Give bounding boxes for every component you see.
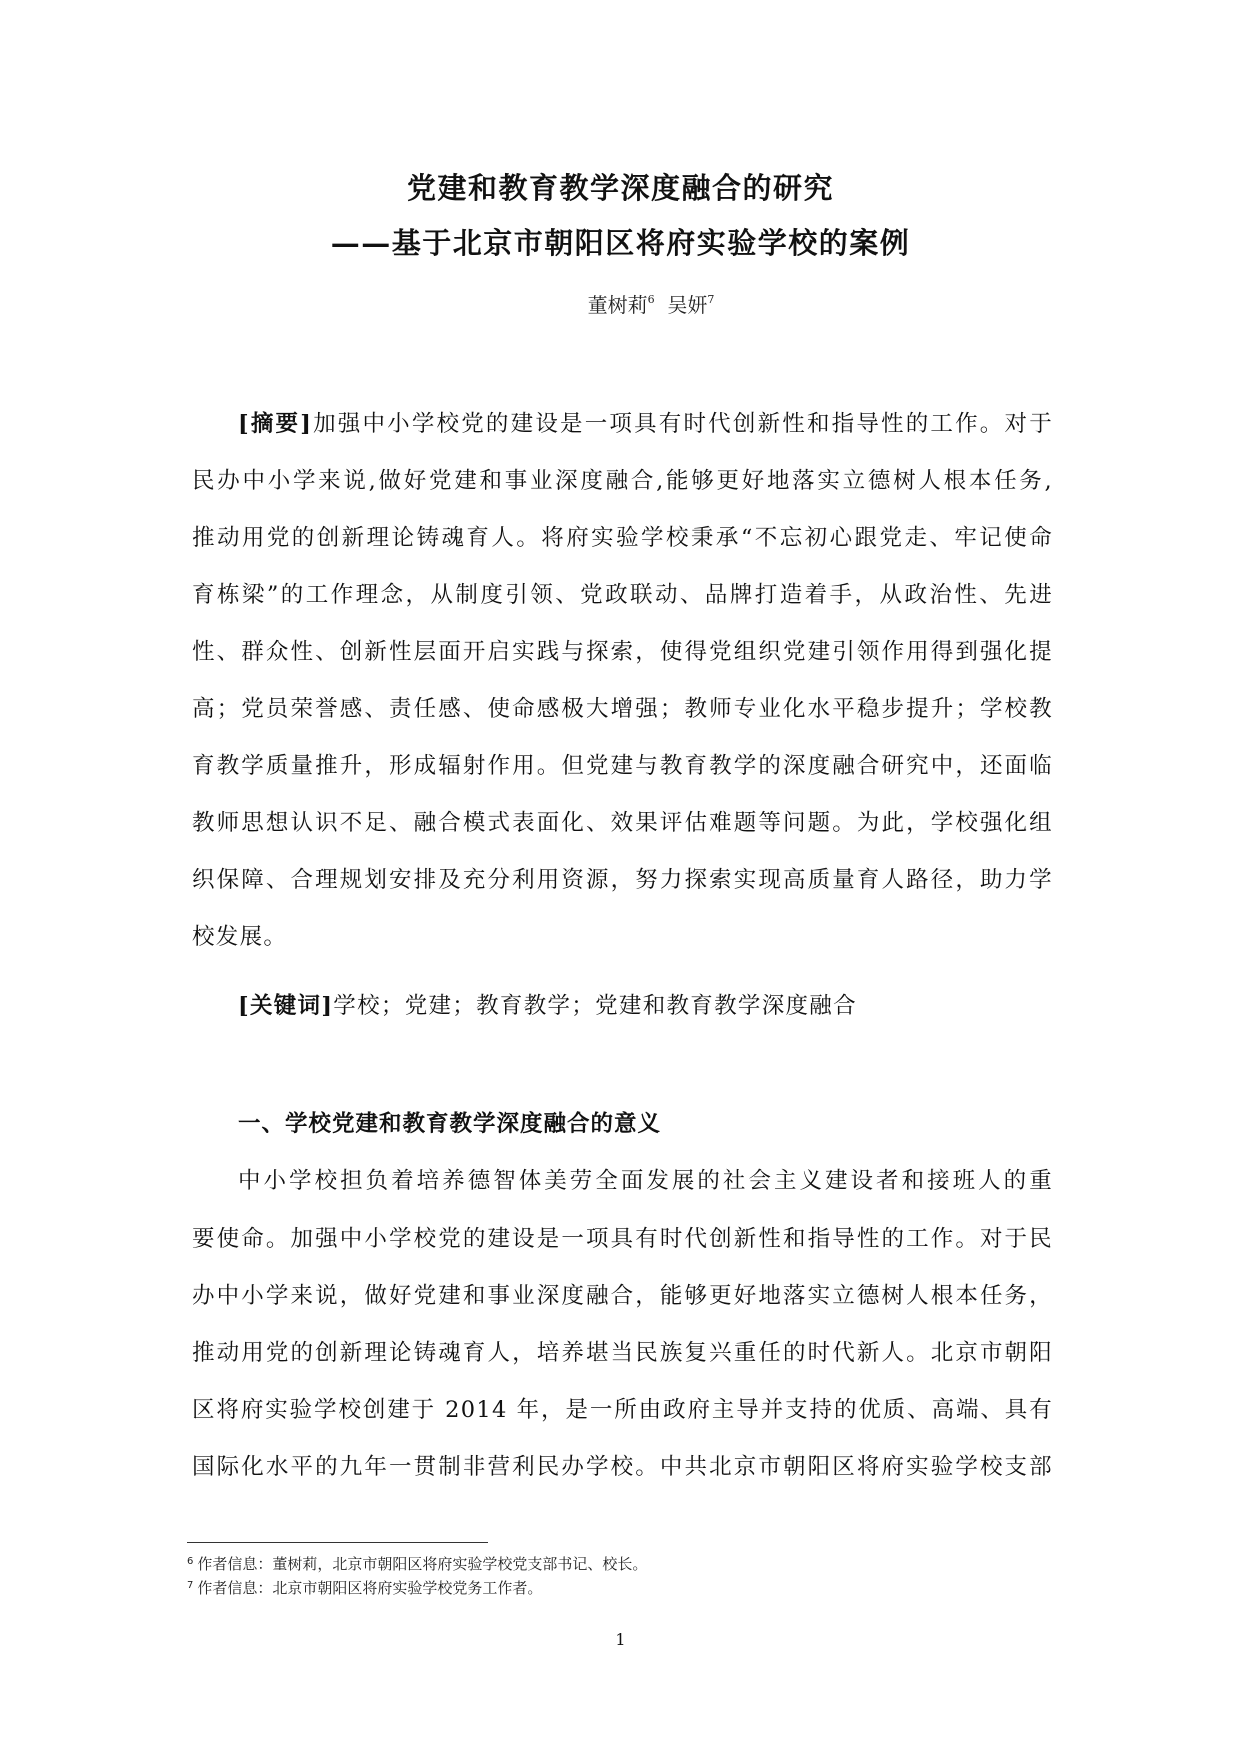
author-line: 董树莉6 吴妍7 bbox=[0, 294, 1241, 315]
abstract-line: 校发展。 bbox=[192, 926, 1053, 949]
body-line: 中小学校担负着培养德智体美劳全面发展的社会主义建设者和接班人的重 bbox=[238, 1170, 1053, 1193]
footnote: 7作者信息：北京市朝阳区将府实验学校党务工作者。 bbox=[187, 1581, 542, 1596]
body-line: 区将府实验学校创建于 2014 年，是一所由政府主导并支持的优质、高端、具有 bbox=[192, 1399, 1053, 1422]
body-line: 推动用党的创新理论铸魂育人，培养堪当民族复兴重任的时代新人。北京市朝阳 bbox=[192, 1342, 1053, 1365]
paper-title: 党建和教育教学深度融合的研究 bbox=[0, 174, 1241, 203]
abstract-line: 织保障、合理规划安排及充分利用资源，努力探索实现高质量育人路径，助力学 bbox=[192, 869, 1053, 892]
body-line: 要使命。加强中小学校党的建设是一项具有时代创新性和指导性的工作。对于民 bbox=[192, 1228, 1053, 1251]
footnote-divider bbox=[187, 1542, 488, 1543]
footnote: 6作者信息：董树莉，北京市朝阳区将府实验学校党支部书记、校长。 bbox=[187, 1557, 647, 1572]
footnote-mark: 6 bbox=[187, 1556, 193, 1567]
body-line: 国际化水平的九年一贯制非营利民办学校。中共北京市朝阳区将府实验学校支部 bbox=[192, 1456, 1053, 1479]
abstract-label: [摘要] bbox=[238, 411, 312, 437]
footnote-ref[interactable]: 7 bbox=[707, 293, 714, 306]
keywords-label: [关键词] bbox=[238, 993, 333, 1019]
footnote-mark: 7 bbox=[187, 1580, 193, 1591]
abstract-line: 教师思想认识不足、融合模式表面化、效果评估难题等问题。为此，学校强化组 bbox=[192, 812, 1053, 835]
footnote-text: 作者信息：北京市朝阳区将府实验学校党务工作者。 bbox=[197, 1579, 542, 1597]
author-name: 董树莉 bbox=[588, 293, 648, 317]
body-line: 办中小学来说，做好党建和事业深度融合，能够更好地落实立德树人根本任务， bbox=[192, 1285, 1053, 1308]
abstract-line: 性、群众性、创新性层面开启实践与探索，使得党组织党建引领作用得到强化提 bbox=[192, 641, 1053, 664]
abstract-line: 民办中小学来说,做好党建和事业深度融合,能够更好地落实立德树人根本任务, bbox=[192, 470, 1053, 493]
abstract-line: 育栋梁”的工作理念，从制度引领、党政联动、品牌打造着手，从政治性、先进 bbox=[192, 584, 1053, 607]
page-number: 1 bbox=[0, 1632, 1241, 1648]
abstract-line: 高；党员荣誉感、责任感、使命感极大增强；教师专业化水平稳步提升；学校教 bbox=[192, 698, 1053, 721]
section-heading: 一、学校党建和教育教学深度融合的意义 bbox=[238, 1113, 661, 1136]
abstract-line: [摘要]加强中小学校党的建设是一项具有时代创新性和指导性的工作。对于 bbox=[238, 413, 1053, 436]
keywords: [关键词]学校；党建；教育教学；党建和教育教学深度融合 bbox=[238, 995, 1053, 1018]
keywords-text: 学校；党建；教育教学；党建和教育教学深度融合 bbox=[333, 993, 857, 1019]
abstract-line: 推动用党的创新理论铸魂育人。将府实验学校秉承“不忘初心跟党走、牢记使命 bbox=[192, 527, 1053, 550]
footnote-text: 作者信息：董树莉，北京市朝阳区将府实验学校党支部书记、校长。 bbox=[197, 1555, 647, 1573]
author-name: 吴妍 bbox=[667, 293, 707, 317]
footnote-ref[interactable]: 6 bbox=[648, 293, 655, 306]
abstract-line: 育教学质量推升，形成辐射作用。但党建与教育教学的深度融合研究中，还面临 bbox=[192, 755, 1053, 778]
paper-subtitle: ——基于北京市朝阳区将府实验学校的案例 bbox=[0, 229, 1241, 258]
